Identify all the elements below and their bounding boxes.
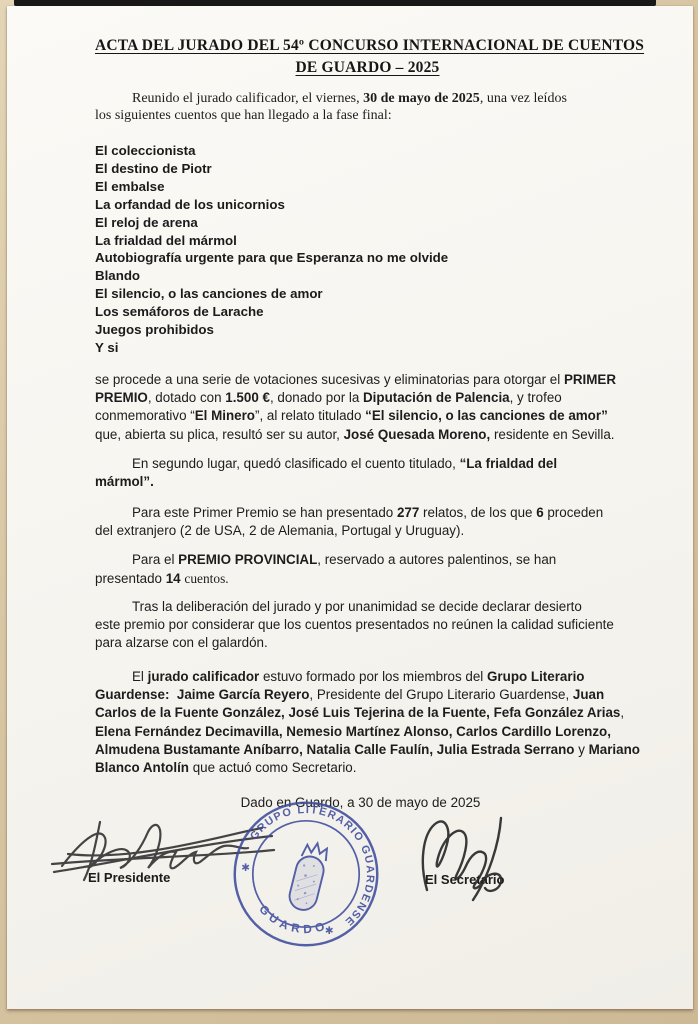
text-run: residente en Sevilla. bbox=[490, 427, 614, 442]
secretary-label: El Secretario bbox=[425, 872, 505, 887]
text-run: , dotado con bbox=[148, 390, 225, 405]
text-run: 14 bbox=[166, 571, 181, 586]
text-run: En segundo lugar, quedó clasificado el c… bbox=[132, 456, 460, 471]
text-run: Para el bbox=[132, 552, 178, 567]
text-run: estuvo formado por los miembros del bbox=[259, 669, 487, 684]
text-run bbox=[169, 687, 176, 702]
paragraph-entries-count: Para este Primer Premio se han presentad… bbox=[95, 504, 660, 541]
text-run: Elena Fernández Decimavilla, Nemesio Mar… bbox=[95, 724, 611, 739]
text-run: José Quesada Moreno, bbox=[344, 427, 491, 442]
story-title: Autobiografía urgente para que Esperanza… bbox=[95, 249, 660, 267]
stamp-star-left: ✱ bbox=[241, 863, 250, 874]
text-run: cuentos. bbox=[184, 571, 228, 586]
text-run: 1.500 € bbox=[225, 390, 270, 405]
text-run: , Presidente del Grupo Literario Guarden… bbox=[309, 687, 573, 702]
paragraph-jury-members: El jurado calificador estuvo formado por… bbox=[95, 668, 660, 778]
stamp-crown bbox=[302, 840, 330, 862]
stamp-star-right: ✱ bbox=[325, 926, 334, 937]
story-title: Blando bbox=[95, 267, 660, 285]
text-run: El Minero bbox=[195, 408, 255, 423]
stamp-ring-text: GRUPO LITERARIO GUARDENSE bbox=[248, 804, 376, 929]
story-title: El coleccionista bbox=[95, 142, 660, 160]
intro-paragraph: Reunido el jurado calificador, el vierne… bbox=[95, 90, 660, 124]
title-line-1: ACTA DEL JURADO DEL 54º CONCURSO INTERNA… bbox=[95, 35, 640, 57]
document-content: ACTA DEL JURADO DEL 54º CONCURSO INTERNA… bbox=[95, 35, 660, 812]
paragraph-second-place: En segundo lugar, quedó clasificado el c… bbox=[95, 455, 660, 492]
club-stamp: GRUPO LITERARIO GUARDENSE GUARDO ✱ ✱ bbox=[230, 798, 382, 950]
text-run: Diputación de Palencia bbox=[363, 390, 510, 405]
text-run: PREMIO PROVINCIAL bbox=[178, 552, 317, 567]
stamp-city-text: GUARDO bbox=[256, 902, 330, 936]
stamp-outer-ring bbox=[235, 803, 378, 946]
story-title: El embalse bbox=[95, 178, 660, 196]
paragraph-first-prize: se procede a una serie de votaciones suc… bbox=[95, 371, 660, 444]
text-run: se procede a una serie de votaciones suc… bbox=[95, 372, 564, 387]
text-run: El bbox=[132, 669, 148, 684]
secretary-signature bbox=[415, 810, 520, 905]
stamp-shield bbox=[287, 854, 327, 913]
story-title: Juegos prohibidos bbox=[95, 321, 660, 339]
story-title: El silencio, o las canciones de amor bbox=[95, 285, 660, 303]
stamp-city-text-el: GUARDO bbox=[256, 902, 330, 936]
text-run: y bbox=[574, 742, 588, 757]
president-signature bbox=[48, 806, 278, 891]
document-title: ACTA DEL JURADO DEL 54º CONCURSO INTERNA… bbox=[95, 35, 640, 79]
story-title: El reloj de arena bbox=[95, 214, 660, 232]
text-run: que actuó como Secretario. bbox=[189, 760, 356, 775]
text-run: Reunido el jurado calificador, el vierne… bbox=[132, 91, 363, 106]
stamp-ring-text-el: GRUPO LITERARIO GUARDENSE bbox=[248, 804, 376, 929]
text-run: que, abierta su plica, resultó ser su au… bbox=[95, 427, 344, 442]
text-run: , bbox=[620, 705, 624, 720]
story-title: La orfandad de los unicornios bbox=[95, 196, 660, 214]
text-run: 277 bbox=[397, 505, 419, 520]
stamp-shield-emblem bbox=[287, 840, 330, 913]
text-run: Para este Primer Premio se han presentad… bbox=[132, 505, 397, 520]
story-title: El destino de Piotr bbox=[95, 160, 660, 178]
text-run: jurado calificador bbox=[148, 669, 260, 684]
story-title: La frialdad del mármol bbox=[95, 232, 660, 250]
paragraph-prize-deserted: Tras la deliberación del jurado y por un… bbox=[95, 598, 660, 653]
title-line-2: DE GUARDO – 2025 bbox=[95, 57, 640, 79]
date-line: Dado en Guardo, a 30 de mayo de 2025 bbox=[95, 794, 626, 812]
story-list: El coleccionistaEl destino de PiotrEl em… bbox=[95, 142, 660, 357]
text-run: 30 de mayo de 2025 bbox=[363, 91, 480, 106]
paragraph-provincial-prize: Para el PREMIO PROVINCIAL, reservado a a… bbox=[95, 551, 660, 588]
text-run: Tras la deliberación del jurado y por un… bbox=[95, 599, 614, 651]
text-run: Almudena Bustamante Aníbarro, Natalia Ca… bbox=[95, 742, 574, 757]
text-run: 6 bbox=[536, 505, 543, 520]
text-run: “El silencio, o las canciones de amor” bbox=[365, 408, 608, 423]
text-run: relatos, de los que bbox=[419, 505, 536, 520]
president-label: El Presidente bbox=[88, 870, 170, 885]
text-run: Jaime García Reyero bbox=[177, 687, 310, 702]
document-page: ACTA DEL JURADO DEL 54º CONCURSO INTERNA… bbox=[7, 6, 693, 1009]
story-title: Y si bbox=[95, 339, 660, 357]
text-run: , donado por la bbox=[270, 390, 363, 405]
story-title: Los semáforos de Larache bbox=[95, 303, 660, 321]
stamp-inner-ring bbox=[253, 821, 359, 927]
text-run: ”, al relato titulado bbox=[255, 408, 365, 423]
